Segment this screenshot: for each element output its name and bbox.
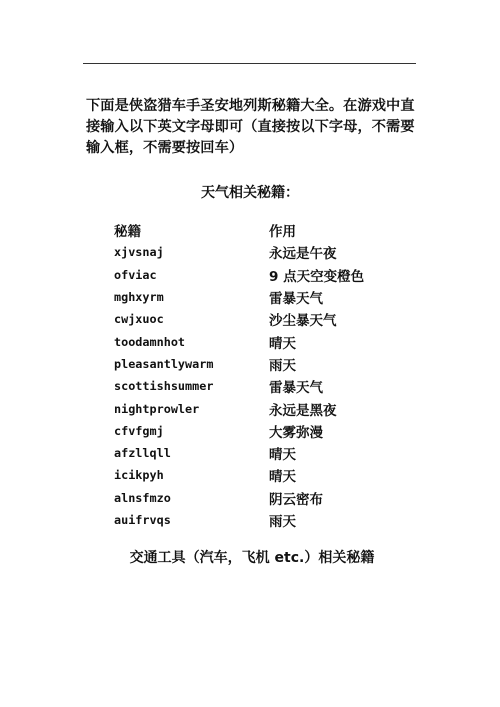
cheat-effect: 阴云密布 — [269, 488, 323, 508]
transport-section-title: 交通工具（汽车，飞机 etc.）相关秘籍 — [2, 547, 500, 567]
cheat-code: ofviac — [114, 268, 269, 282]
table-row: xjvsnaj 永远是午夜 — [114, 241, 374, 263]
cheat-code: cfvfgmj — [114, 424, 269, 438]
table-row: auifrvqs 雨天 — [114, 509, 374, 531]
cheat-code: scottishsummer — [114, 379, 269, 393]
table-row: cwjxuoc 沙尘暴天气 — [114, 308, 374, 330]
cheat-effect: 大雾弥漫 — [269, 421, 323, 441]
column-header-code: 秘籍 — [114, 220, 269, 240]
cheat-code: alnsfmzo — [114, 491, 269, 505]
cheat-effect: 晴天 — [269, 443, 296, 463]
cheat-code: auifrvqs — [114, 513, 269, 527]
cheat-code: cwjxuoc — [114, 312, 269, 326]
cheat-effect: 雨天 — [269, 354, 296, 374]
cheat-code: afzllqll — [114, 446, 269, 460]
cheat-code: icikpyh — [114, 468, 269, 482]
cheat-effect: 9 点天空变橙色 — [269, 265, 364, 285]
table-row: alnsfmzo 阴云密布 — [114, 487, 374, 509]
weather-cheats-table: 秘籍 作用 xjvsnaj 永远是午夜 ofviac 9 点天空变橙色 mghx… — [114, 219, 374, 531]
table-row: mghxyrm 雷暴天气 — [114, 286, 374, 308]
table-row: scottishsummer 雷暴天气 — [114, 375, 374, 397]
intro-paragraph: 下面是侠盗猎车手圣安地列斯秘籍大全。在游戏中直接输入以下英文字母即可（直接按以下… — [86, 96, 426, 159]
cheat-effect: 雷暴天气 — [269, 376, 323, 396]
table-row: nightprowler 永远是黑夜 — [114, 397, 374, 419]
table-row: afzllqll 晴天 — [114, 442, 374, 464]
cheat-effect: 晴天 — [269, 332, 296, 352]
table-row: ofviac 9 点天空变橙色 — [114, 264, 374, 286]
column-header-effect: 作用 — [269, 220, 296, 240]
table-row: icikpyh 晴天 — [114, 464, 374, 486]
cheat-effect: 永远是黑夜 — [269, 399, 337, 419]
table-row: toodamnhot 晴天 — [114, 330, 374, 352]
table-header-row: 秘籍 作用 — [114, 219, 374, 241]
cheat-effect: 沙尘暴天气 — [269, 309, 337, 329]
cheat-code: toodamnhot — [114, 335, 269, 349]
weather-section-title: 天气相关秘籍： — [0, 182, 500, 202]
header-rule — [83, 63, 416, 64]
cheat-effect: 晴天 — [269, 465, 296, 485]
cheat-code: nightprowler — [114, 402, 269, 416]
cheat-effect: 雷暴天气 — [269, 287, 323, 307]
table-row: cfvfgmj 大雾弥漫 — [114, 420, 374, 442]
cheat-code: xjvsnaj — [114, 245, 269, 259]
cheat-code: pleasantlywarm — [114, 357, 269, 371]
cheat-code: mghxyrm — [114, 290, 269, 304]
table-row: pleasantlywarm 雨天 — [114, 353, 374, 375]
cheat-effect: 雨天 — [269, 510, 296, 530]
cheat-effect: 永远是午夜 — [269, 242, 337, 262]
